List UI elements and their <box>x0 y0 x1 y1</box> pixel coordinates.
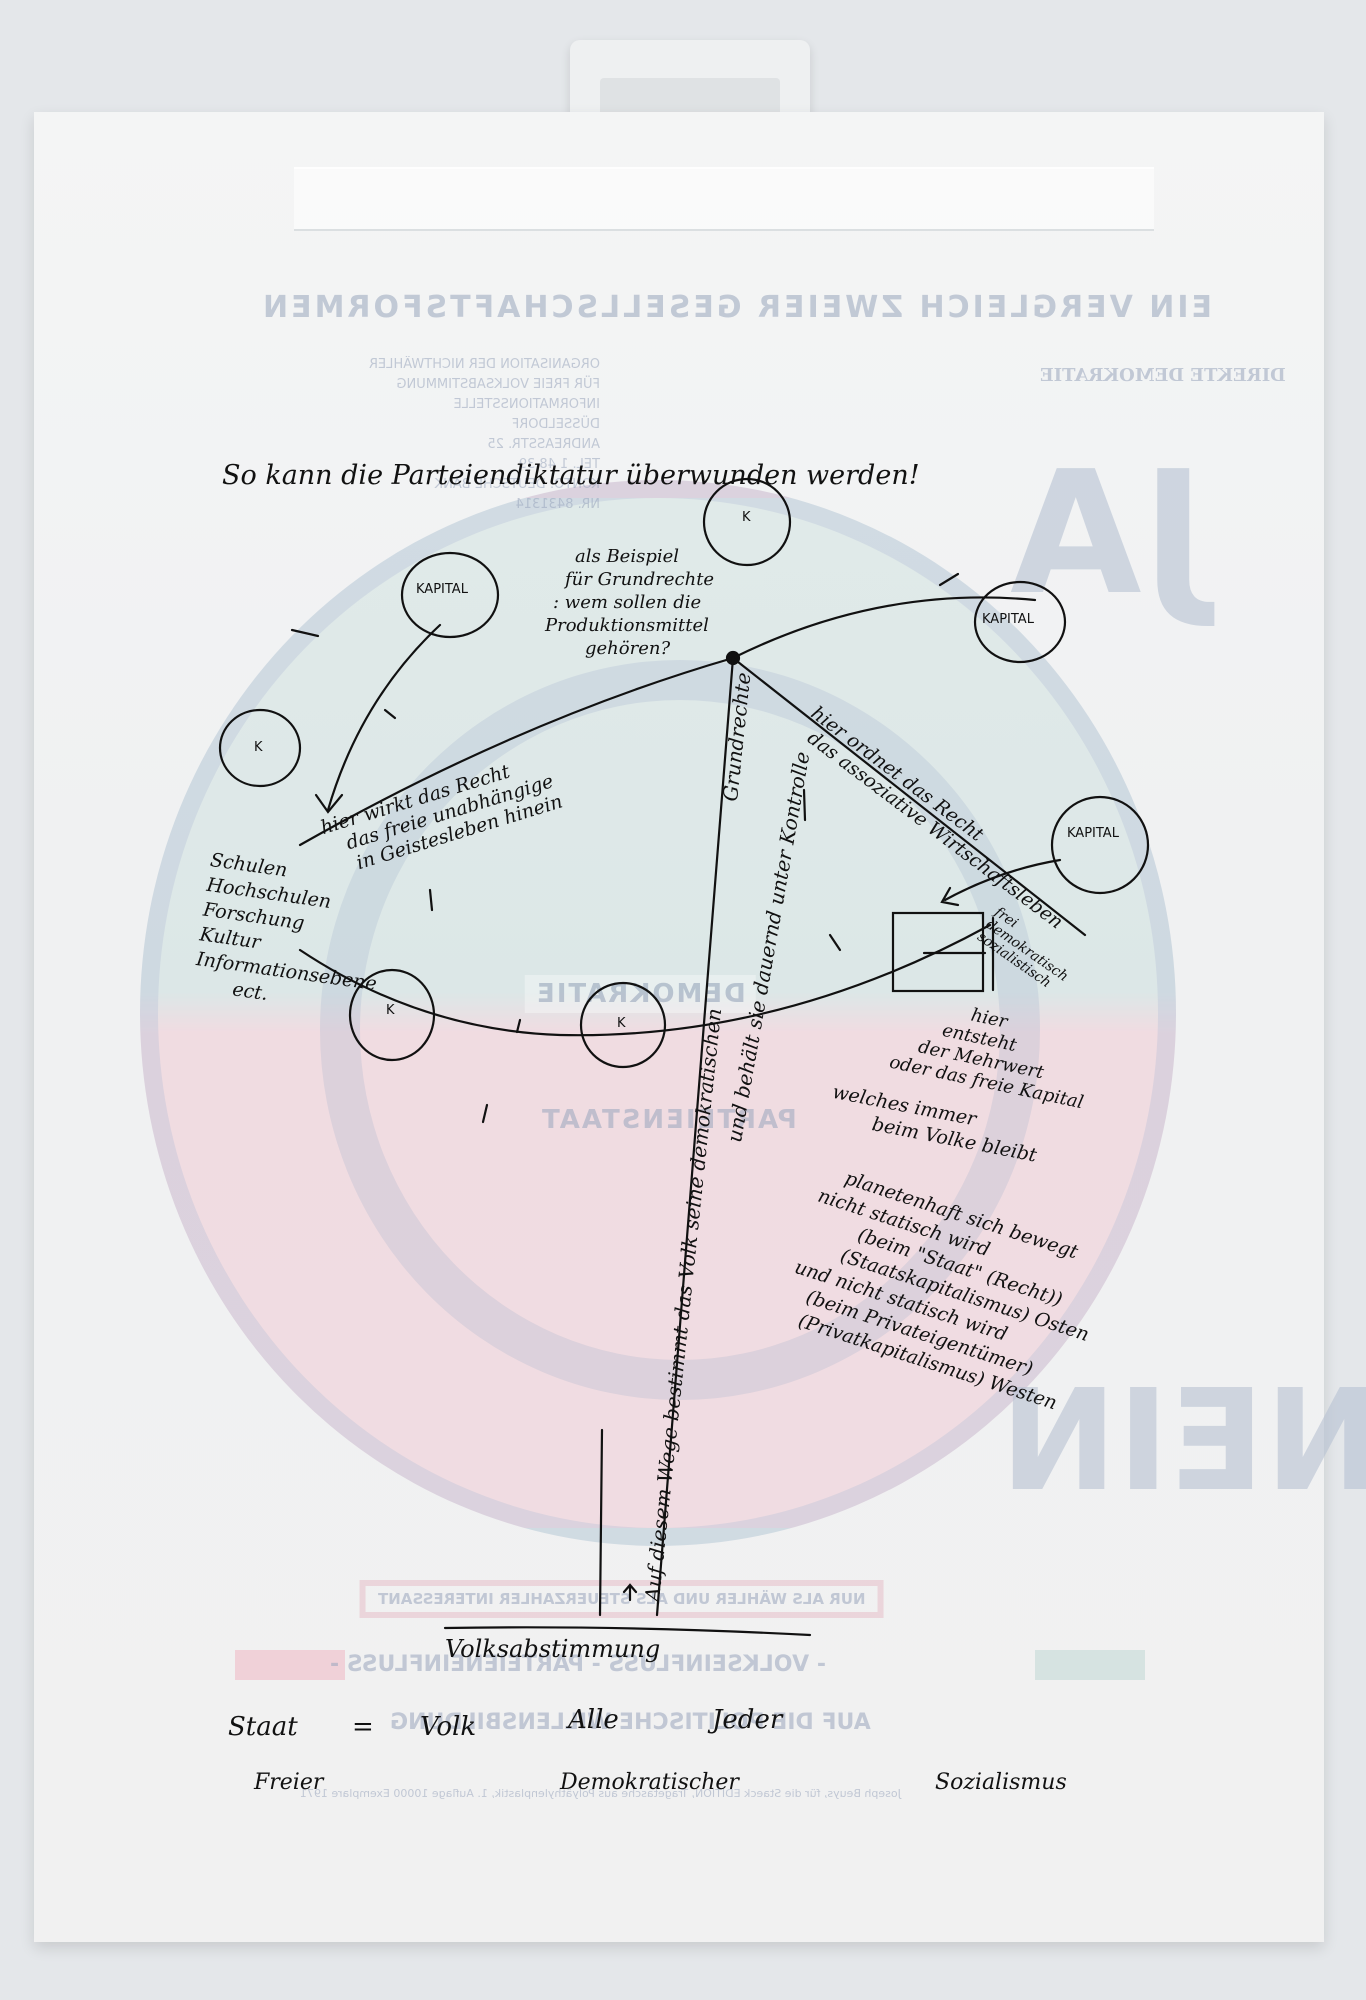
question-line: Produktionsmittel <box>545 614 714 637</box>
kapital-label-3: KAPITAL <box>1067 826 1119 841</box>
question-line: gehören? <box>545 637 714 660</box>
equation-staat: Staat <box>228 1712 298 1742</box>
base-line <box>445 1627 810 1635</box>
kapital-label-2: KAPITAL <box>982 612 1034 627</box>
diagram-lines <box>0 0 1366 2000</box>
equation-equals: = <box>352 1712 374 1742</box>
left-list: Schulen Hochschulen Forschung Kultur Inf… <box>191 848 392 1022</box>
equation-volk: Volk <box>420 1712 476 1742</box>
k-label-bottom-left: K <box>386 1003 395 1018</box>
lower-arc <box>300 925 990 1035</box>
equation-alle: Alle <box>568 1705 619 1735</box>
footer-demokratischer: Demokratischer <box>560 1770 739 1795</box>
arrow-kapital-left <box>328 625 440 810</box>
k-label-left: K <box>254 740 263 755</box>
equation-jeder: Jeder <box>712 1705 782 1735</box>
kapital-label-1: KAPITAL <box>416 582 468 597</box>
footer-sozialismus: Sozialismus <box>935 1770 1067 1795</box>
kapital-circle-3 <box>1052 797 1148 893</box>
volksabstimmung-label: Volksabstimmung <box>445 1635 660 1663</box>
k-label-bottom-mid: K <box>617 1016 626 1031</box>
footer-freier: Freier <box>254 1770 323 1795</box>
question-block: als Beispiel für Grundrechte : wem solle… <box>545 545 714 660</box>
k-label-top: K <box>742 510 751 525</box>
question-line: als Beispiel <box>545 545 714 568</box>
vertical-line-left <box>600 1430 602 1615</box>
question-line: für Grundrechte <box>545 568 714 591</box>
title-line: So kann die Parteiendiktatur überwunden … <box>222 460 920 491</box>
question-line: : wem sollen die <box>545 591 714 614</box>
